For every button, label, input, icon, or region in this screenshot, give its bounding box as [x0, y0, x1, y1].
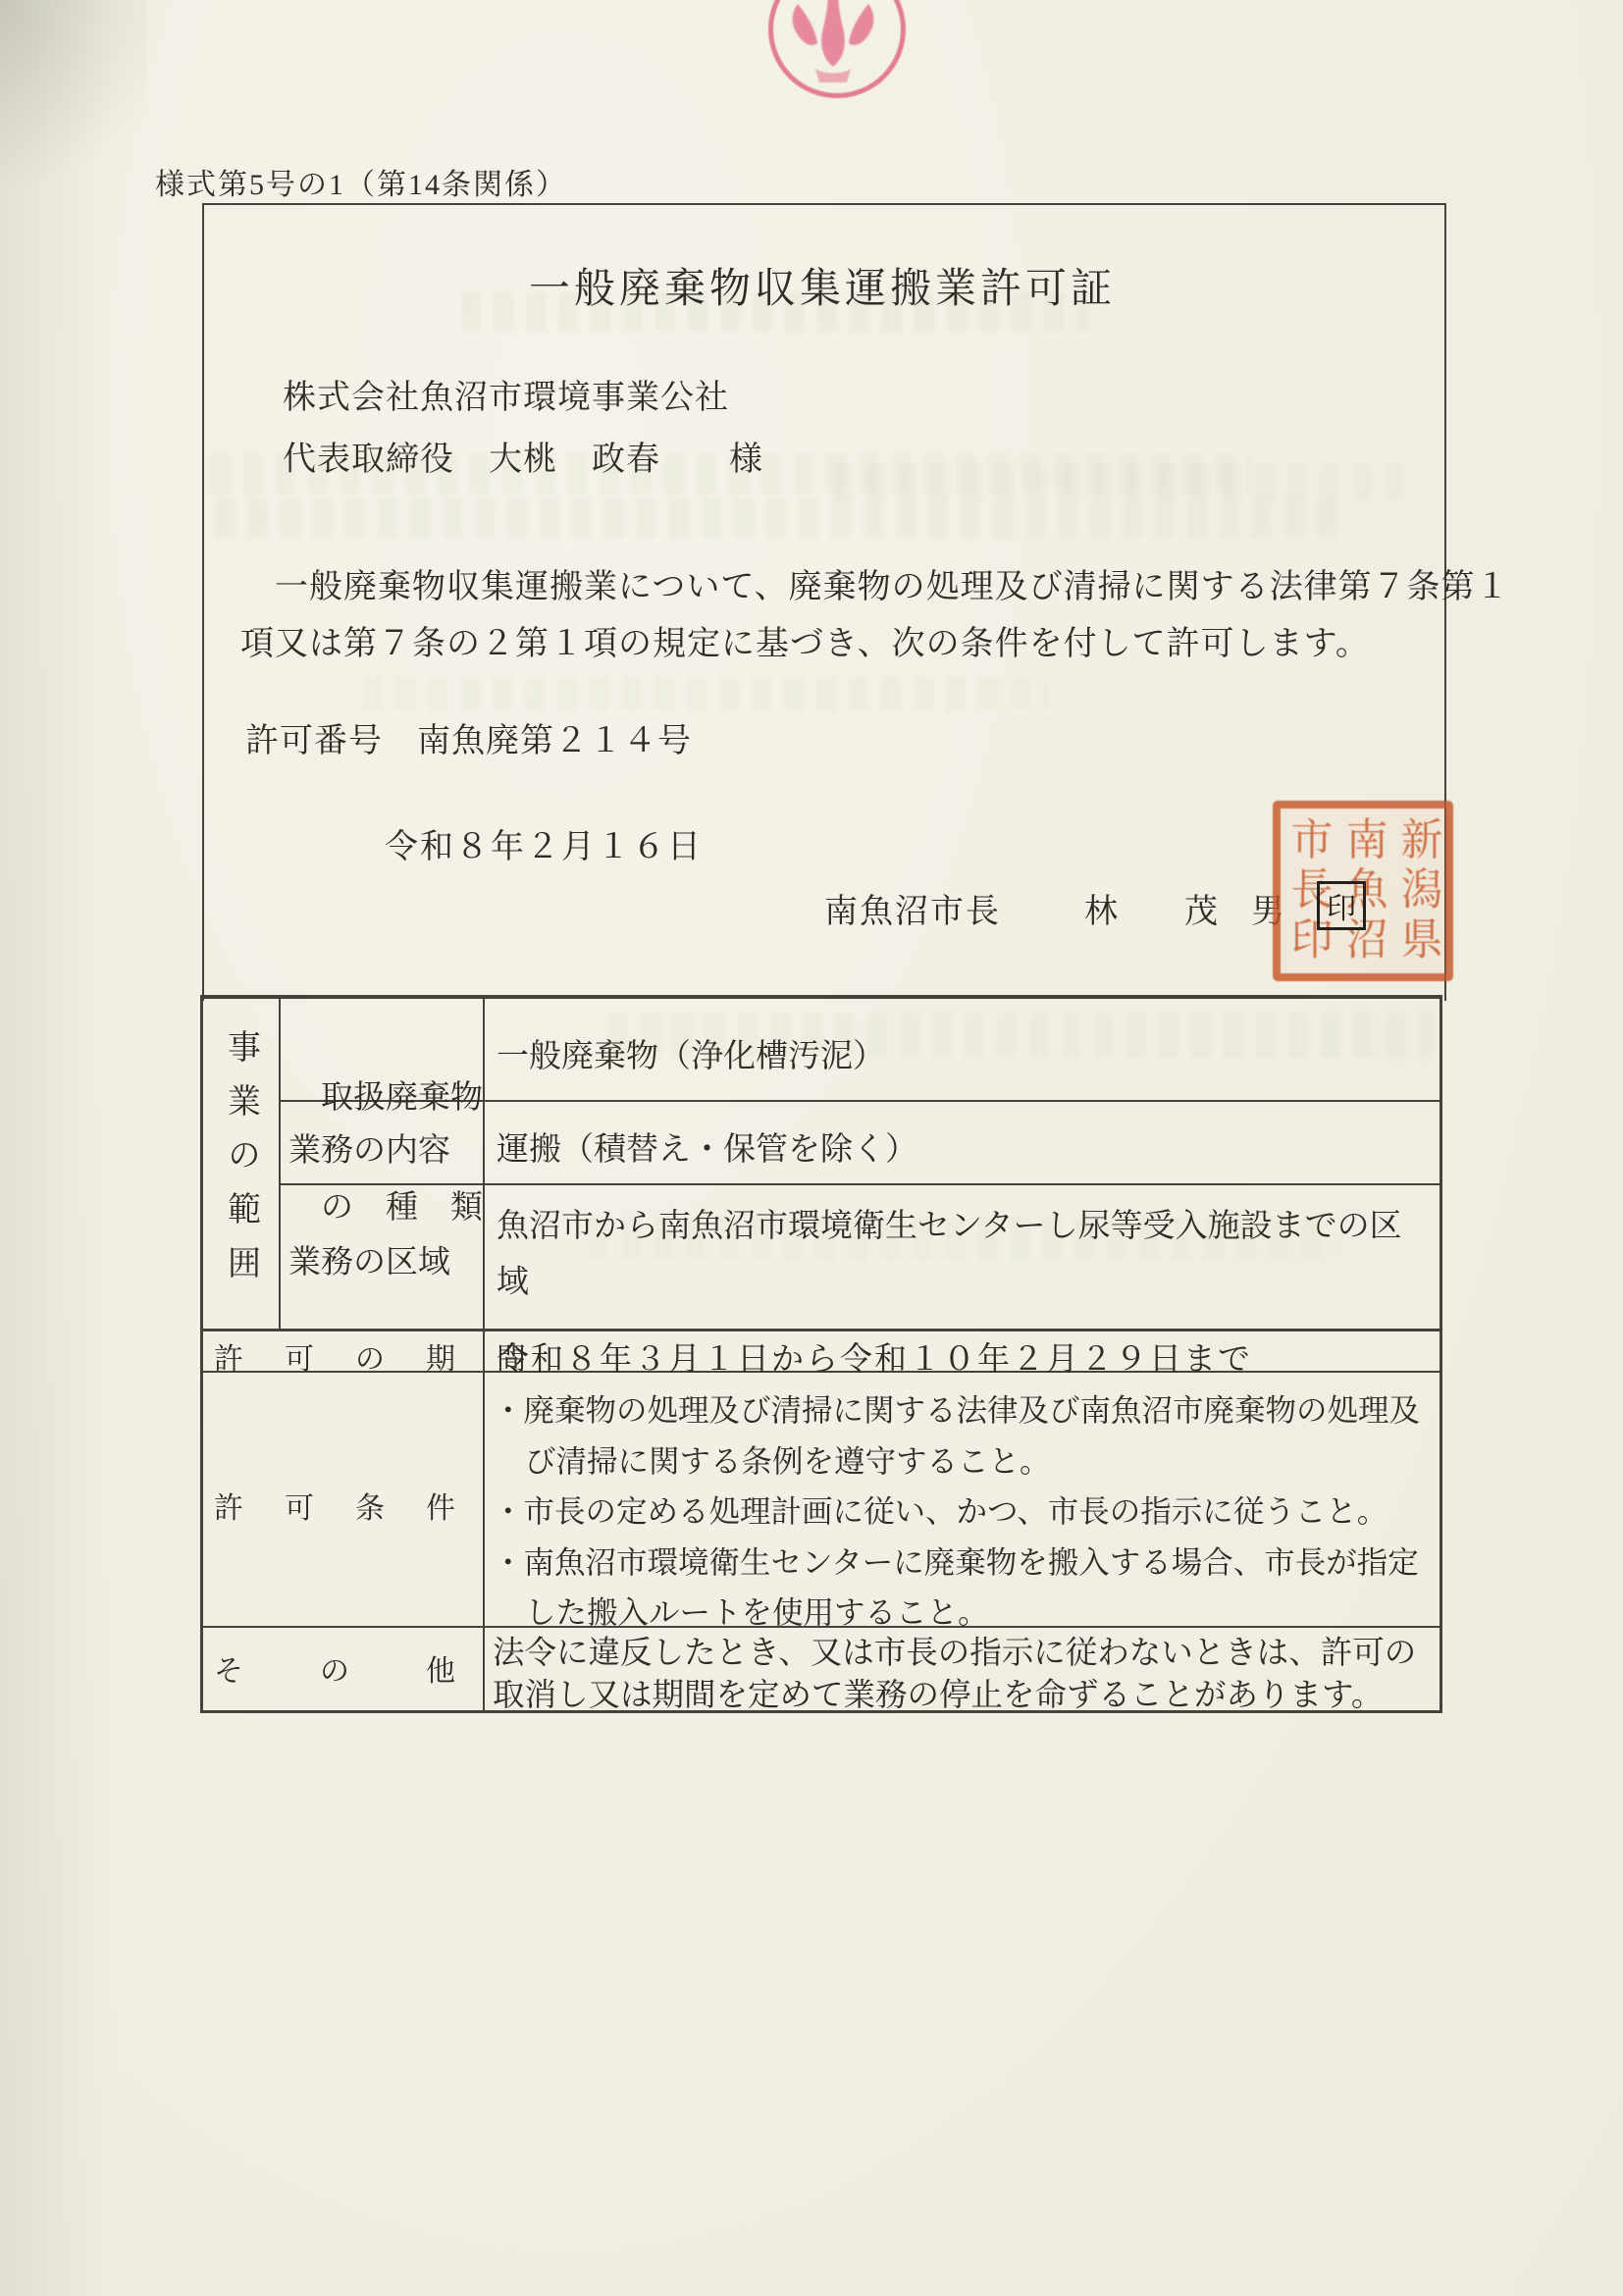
scan-corner-shadow — [0, 0, 147, 226]
body-paragraph-line: 項又は第７条の２第１項の規定に基づき、次の条件を付して許可します。 — [240, 616, 1370, 664]
permit-condition-item: ・南魚沼市環境衛生センターに廃棄物を搬入する場合、市長が指定した搬入ルートを使用… — [493, 1538, 1431, 1639]
body-paragraph-line: 一般廃棄物収集運搬業について、廃棄物の処理及び清掃に関する法律第７条第１ — [240, 559, 1510, 607]
row-value-permit-conditions: ・廃棄物の処理及び清掃に関する法律及び南魚沼市廃棄物の処理及び清掃に関する条例を… — [493, 1385, 1431, 1639]
permit-condition-item: ・廃棄物の処理及び清掃に関する法律及び南魚沼市廃棄物の処理及び清掃に関する条例を… — [493, 1385, 1431, 1487]
row-value-permit-period: 令和８年３月１日から令和１０年２月２９日まで — [497, 1333, 1252, 1380]
addressee-company: 株式会社魚沼市環境事業公社 — [283, 370, 729, 418]
table-scope-header-text: 事業の範囲 — [217, 1029, 265, 1299]
round-stamp-emblem-icon — [788, 0, 878, 84]
table-border — [1440, 995, 1442, 1713]
row-label-permit-period: 許 可 の 期 間 — [214, 1334, 471, 1378]
scanned-permit-document: 様式第5号の1（第14条関係） 一般廃棄物収集運搬業許可証 株式会社魚沼市環境事… — [0, 0, 1623, 2296]
issue-date: 令和８年２月１６日 — [385, 819, 703, 867]
table-border — [200, 995, 1442, 999]
row-value-waste-type: 一般廃棄物（浄化槽汚泥） — [497, 1030, 885, 1076]
addressee-representative: 代表取締役 大桃 政春 様 — [283, 432, 763, 480]
official-seal-text: 新潟県 — [1397, 816, 1440, 966]
row-label-service-content: 業務の内容 — [288, 1124, 475, 1171]
row-label-service-area: 業務の区域 — [288, 1236, 475, 1282]
inkan-placeholder-mark: 印 — [1317, 881, 1366, 930]
row-label-waste-type-line2: の 種 類 — [321, 1190, 483, 1226]
row-value-service-area: 魚沼市から南魚沼市環境衛生センターし尿等受入施設までの区域 — [497, 1199, 1429, 1311]
form-number-label: 様式第5号の1（第14条関係） — [155, 160, 567, 203]
certificate-title: 一般廃棄物収集運搬業許可証 — [202, 256, 1442, 315]
permit-condition-item: ・市長の定める処理計画に従い、かつ、市長の指示に従うこと。 — [493, 1487, 1431, 1538]
table-scope-header: 事業の範囲 — [202, 1003, 279, 1327]
table-gridline — [279, 999, 281, 1331]
row-label-waste-type-line1: 取扱廃棄物 — [321, 1080, 483, 1116]
permit-number: 許可番号 南魚廃第２１４号 — [245, 713, 692, 761]
scan-left-shadow — [0, 0, 113, 2296]
row-value-other: 法令に違反したとき、又は市長の指示に従わないときは、許可の取消し又は期間を定めて… — [493, 1633, 1431, 1717]
row-label-other: そ の 他 — [214, 1646, 471, 1690]
row-label-permit-conditions: 許 可 条 件 — [214, 1484, 471, 1527]
table-gridline — [202, 1329, 1440, 1331]
row-value-service-content: 運搬（積替え・保管を除く） — [497, 1123, 917, 1170]
issuer-title: 南魚沼市長 — [824, 884, 1001, 932]
issuer-name: 林 茂 男 — [1084, 884, 1284, 932]
